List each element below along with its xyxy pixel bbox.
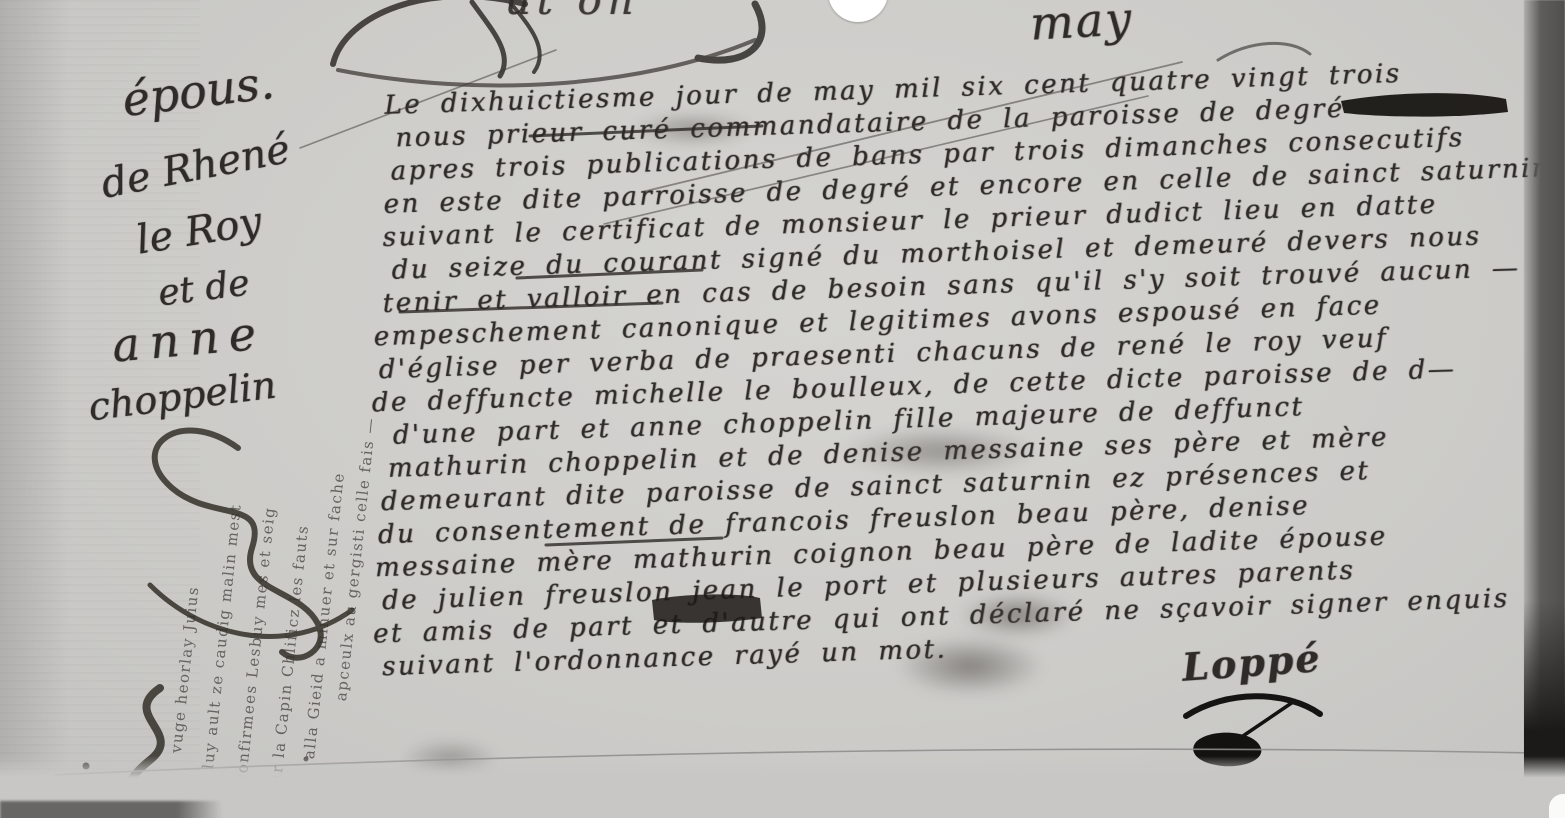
previous-entry-fragment: ut on (505, 0, 639, 24)
officiant-signature: Loppé (1181, 635, 1323, 690)
ink-smudge (895, 636, 1045, 696)
margin-heading: épous.de Rhenéle Royet deannechoppelin (88, 60, 388, 440)
margin-heading-word: anne (110, 305, 268, 372)
scan-bottom-left-bar (0, 801, 222, 818)
margin-heading-word: choppelin (86, 363, 279, 430)
annotation-marker[interactable] (828, 0, 888, 22)
ink-smudge (628, 112, 758, 146)
page-bottom-area (0, 756, 1565, 818)
marginal-note-column: apceulx au gergisti celle fais — (332, 416, 380, 702)
margin-heading-word: de Rhené (97, 126, 293, 208)
margin-heading-word: le Roy (133, 198, 265, 263)
margin-heading-word: épous. (119, 55, 277, 127)
ink-smudge (958, 592, 1078, 638)
ink-smudge (840, 426, 1040, 476)
record-body: Le dixhuictiesme jour de may mil six cen… (378, 53, 1565, 683)
month-word: may (1029, 0, 1135, 51)
register-scan-page: ut on may épous.de Rhenéle Royet deannec… (0, 0, 1565, 818)
